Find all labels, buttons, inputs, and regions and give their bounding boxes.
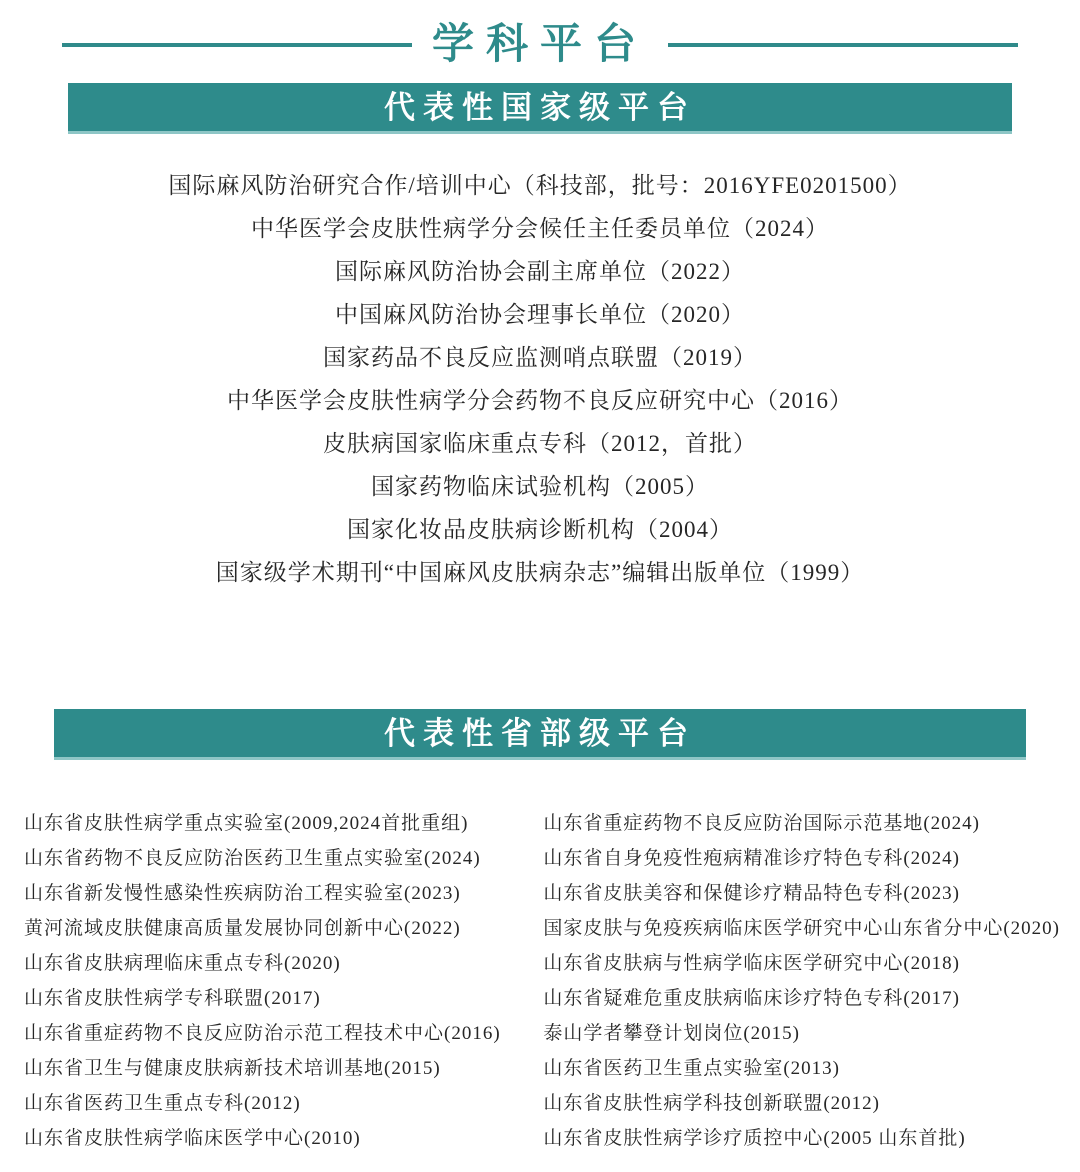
list-item: 山东省医药卫生重点实验室(2013) [543, 1051, 1060, 1086]
list-item: 山东省重症药物不良反应防治国际示范基地(2024) [543, 806, 1060, 841]
list-item: 国家皮肤与免疫疾病临床医学研究中心山东省分中心(2020) [543, 911, 1060, 946]
list-item: 山东省皮肤美容和保健诊疗精品特色专科(2023) [543, 876, 1060, 911]
list-item: 中华医学会皮肤性病学分会候任主任委员单位（2024） [0, 207, 1080, 250]
list-item: 山东省皮肤病理临床重点专科(2020) [24, 946, 516, 981]
list-item: 泰山学者攀登计划岗位(2015) [543, 1016, 1060, 1051]
list-item: 国际麻风防治协会副主席单位（2022） [0, 250, 1080, 293]
national-platform-banner-label: 代表性国家级平台 [384, 90, 696, 125]
list-item: 山东省皮肤性病学重点实验室(2009,2024首批重组) [24, 806, 516, 841]
list-item: 山东省重症药物不良反应防治示范工程技术中心(2016) [24, 1016, 516, 1051]
list-item: 皮肤病国家临床重点专科（2012，首批） [0, 422, 1080, 465]
list-item: 国家药品不良反应监测哨点联盟（2019） [0, 336, 1080, 379]
title-right-rule [668, 43, 1018, 47]
list-item: 国际麻风防治研究合作/培训中心（科技部，批号：2016YFE0201500） [0, 164, 1080, 207]
provincial-platform-banner-label: 代表性省部级平台 [384, 716, 696, 751]
list-item: 国家药物临床试验机构（2005） [0, 465, 1080, 508]
page-title: 学科平台 [432, 22, 648, 68]
list-item: 山东省皮肤性病学临床医学中心(2010) [24, 1121, 516, 1156]
list-item: 国家级学术期刊“中国麻风皮肤病杂志”编辑出版单位（1999） [0, 551, 1080, 594]
list-item: 中国麻风防治协会理事长单位（2020） [0, 293, 1080, 336]
list-item: 山东省医药卫生重点专科(2012) [24, 1086, 516, 1121]
list-item: 山东省自身免疫性疱病精准诊疗特色专科(2024) [543, 841, 1060, 876]
list-item: 山东省卫生与健康皮肤病新技术培训基地(2015) [24, 1051, 516, 1086]
title-left-rule [62, 43, 412, 47]
list-item: 山东省皮肤病与性病学临床医学研究中心(2018) [543, 946, 1060, 981]
provincial-platform-banner: 代表性省部级平台 [54, 709, 1026, 760]
list-item: 山东省皮肤性病学专科联盟(2017) [24, 981, 516, 1016]
list-item: 中华医学会皮肤性病学分会药物不良反应研究中心（2016） [0, 379, 1080, 422]
discipline-platform-page: 学科平台 代表性国家级平台 国际麻风防治研究合作/培训中心（科技部，批号：201… [0, 0, 1080, 1172]
list-item: 山东省皮肤性病学科技创新联盟(2012) [543, 1086, 1060, 1121]
list-item: 黄河流域皮肤健康高质量发展协同创新中心(2022) [24, 911, 516, 946]
provincial-right-column: 山东省重症药物不良反应防治国际示范基地(2024) 山东省自身免疫性疱病精准诊疗… [516, 806, 1060, 1156]
national-platform-list: 国际麻风防治研究合作/培训中心（科技部，批号：2016YFE0201500） 中… [0, 164, 1080, 594]
list-item: 山东省药物不良反应防治医药卫生重点实验室(2024) [24, 841, 516, 876]
provincial-left-column: 山东省皮肤性病学重点实验室(2009,2024首批重组) 山东省药物不良反应防治… [20, 806, 516, 1156]
provincial-platform-columns: 山东省皮肤性病学重点实验室(2009,2024首批重组) 山东省药物不良反应防治… [0, 806, 1080, 1156]
list-item: 山东省新发慢性感染性疾病防治工程实验室(2023) [24, 876, 516, 911]
list-item: 国家化妆品皮肤病诊断机构（2004） [0, 508, 1080, 551]
list-item: 山东省疑难危重皮肤病临床诊疗特色专科(2017) [543, 981, 1060, 1016]
national-platform-banner: 代表性国家级平台 [68, 83, 1012, 134]
list-item: 山东省皮肤性病学诊疗质控中心(2005 山东首批) [543, 1121, 1060, 1156]
page-header: 学科平台 [0, 0, 1080, 68]
